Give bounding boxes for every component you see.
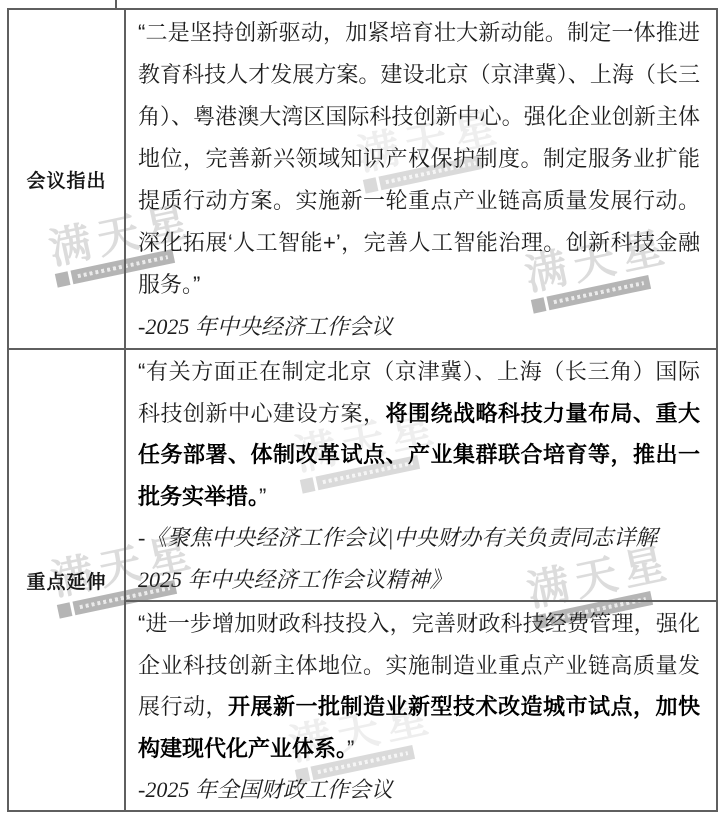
document-page: 会议指出 “二是坚持创新驱动，加紧培育壮大新动能。制定一体推进教育科技人才发展方…: [0, 0, 726, 820]
meeting-quote-paragraph: “二是坚持创新驱动，加紧培育壮大新动能。制定一体推进教育科技人才发展方案。建设北…: [138, 12, 700, 306]
meeting-quote-cell: “二是坚持创新驱动，加紧培育壮大新动能。制定一体推进教育科技人才发展方案。建设北…: [126, 10, 716, 348]
extension-quote-cell-1: “有关方面正在制定北京（京津冀）、上海（长三角）国际科技创新中心建设方案，将围绕…: [126, 350, 716, 600]
quote-close-mark: ”: [259, 484, 266, 509]
citation-national-fiscal-conference: -2025 年全国财政工作会议: [138, 769, 700, 810]
extension-paragraph-2: “进一步增加财政科技投入，完善财政科技经费管理，强化企业科技创新主体地位。实施制…: [138, 603, 700, 769]
extension-quote-cell-2: “进一步增加财政科技投入，完善财政科技经费管理，强化企业科技创新主体地位。实施制…: [126, 602, 716, 810]
citation-central-economic-conference: -2025 年中央经济工作会议: [138, 306, 700, 348]
citation-cfo-interpretation: -《聚焦中央经济工作会议|中央财办有关负责同志详解 2025 年中央经济工作会议…: [138, 517, 700, 600]
row-header-meeting-noted: 会议指出: [9, 10, 124, 348]
row-header-key-extension: 重点延伸: [9, 350, 124, 810]
quote-text: “二是坚持创新驱动，加紧培育壮大新动能。制定一体推进教育科技人才发展方案。建设北…: [138, 20, 700, 297]
conference-table: 会议指出 “二是坚持创新驱动，加紧培育壮大新动能。制定一体推进教育科技人才发展方…: [7, 8, 718, 812]
extension-paragraph-1: “有关方面正在制定北京（京津冀）、上海（长三角）国际科技创新中心建设方案，将围绕…: [138, 351, 700, 517]
quote-close-mark: ”: [347, 736, 354, 761]
